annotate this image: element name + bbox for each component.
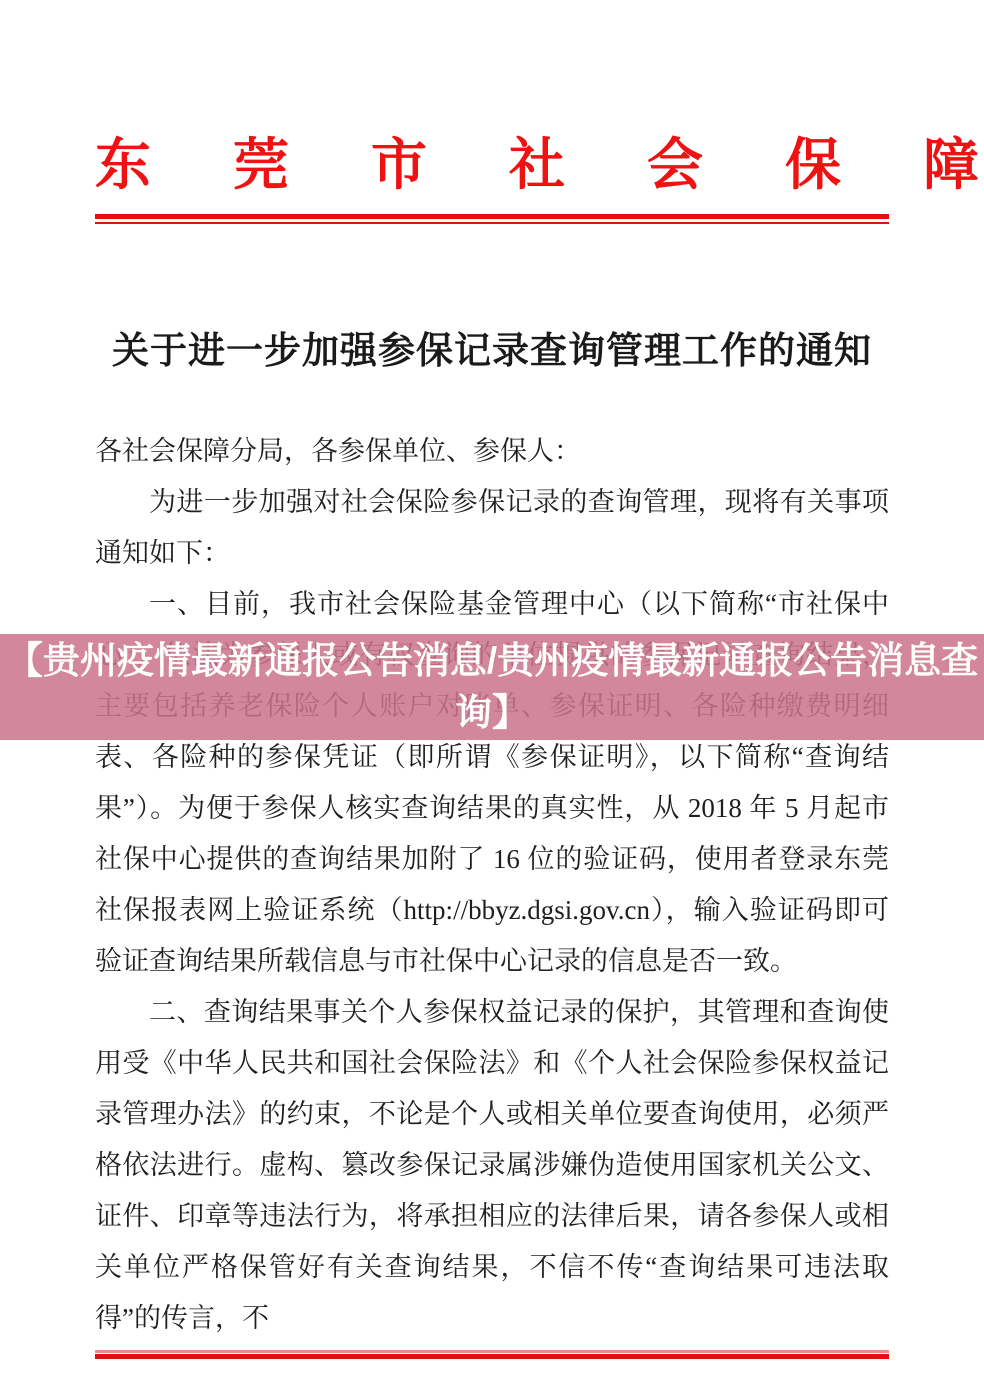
page-footer-rule	[95, 1350, 889, 1359]
paragraph-item-2: 二、查询结果事关个人参保权益记录的保护，其管理和查询使用受《中华人民共和国社会保…	[95, 987, 889, 1344]
letterhead-double-rule	[95, 214, 889, 224]
letterhead-agency-name: 东 莞 市 社 会 保 障 局	[95, 0, 923, 206]
salutation-line: 各社会保障分局，各参保单位、参保人：	[95, 426, 889, 477]
watermark-text-line-1: 【贵州疫情最新通报公告消息/贵州疫情最新通报公告消息查	[6, 635, 978, 687]
document-page: 东 莞 市 社 会 保 障 局 关于进一步加强参保记录查询管理工作的通知 各社会…	[0, 0, 984, 1392]
watermark-text-line-2: 询】	[455, 687, 529, 739]
document-body: 各社会保障分局，各参保单位、参保人： 为进一步加强对社会保险参保记录的查询管理，…	[95, 426, 889, 1344]
watermark-overlay-banner: 【贵州疫情最新通报公告消息/贵州疫情最新通报公告消息查 询】	[0, 634, 984, 740]
letterhead-rule-thin	[95, 222, 889, 224]
paragraph-intro: 为进一步加强对社会保险参保记录的查询管理，现将有关事项通知如下：	[95, 477, 889, 579]
document-title: 关于进一步加强参保记录查询管理工作的通知	[95, 324, 889, 380]
footer-rule-dark-line	[95, 1354, 889, 1359]
